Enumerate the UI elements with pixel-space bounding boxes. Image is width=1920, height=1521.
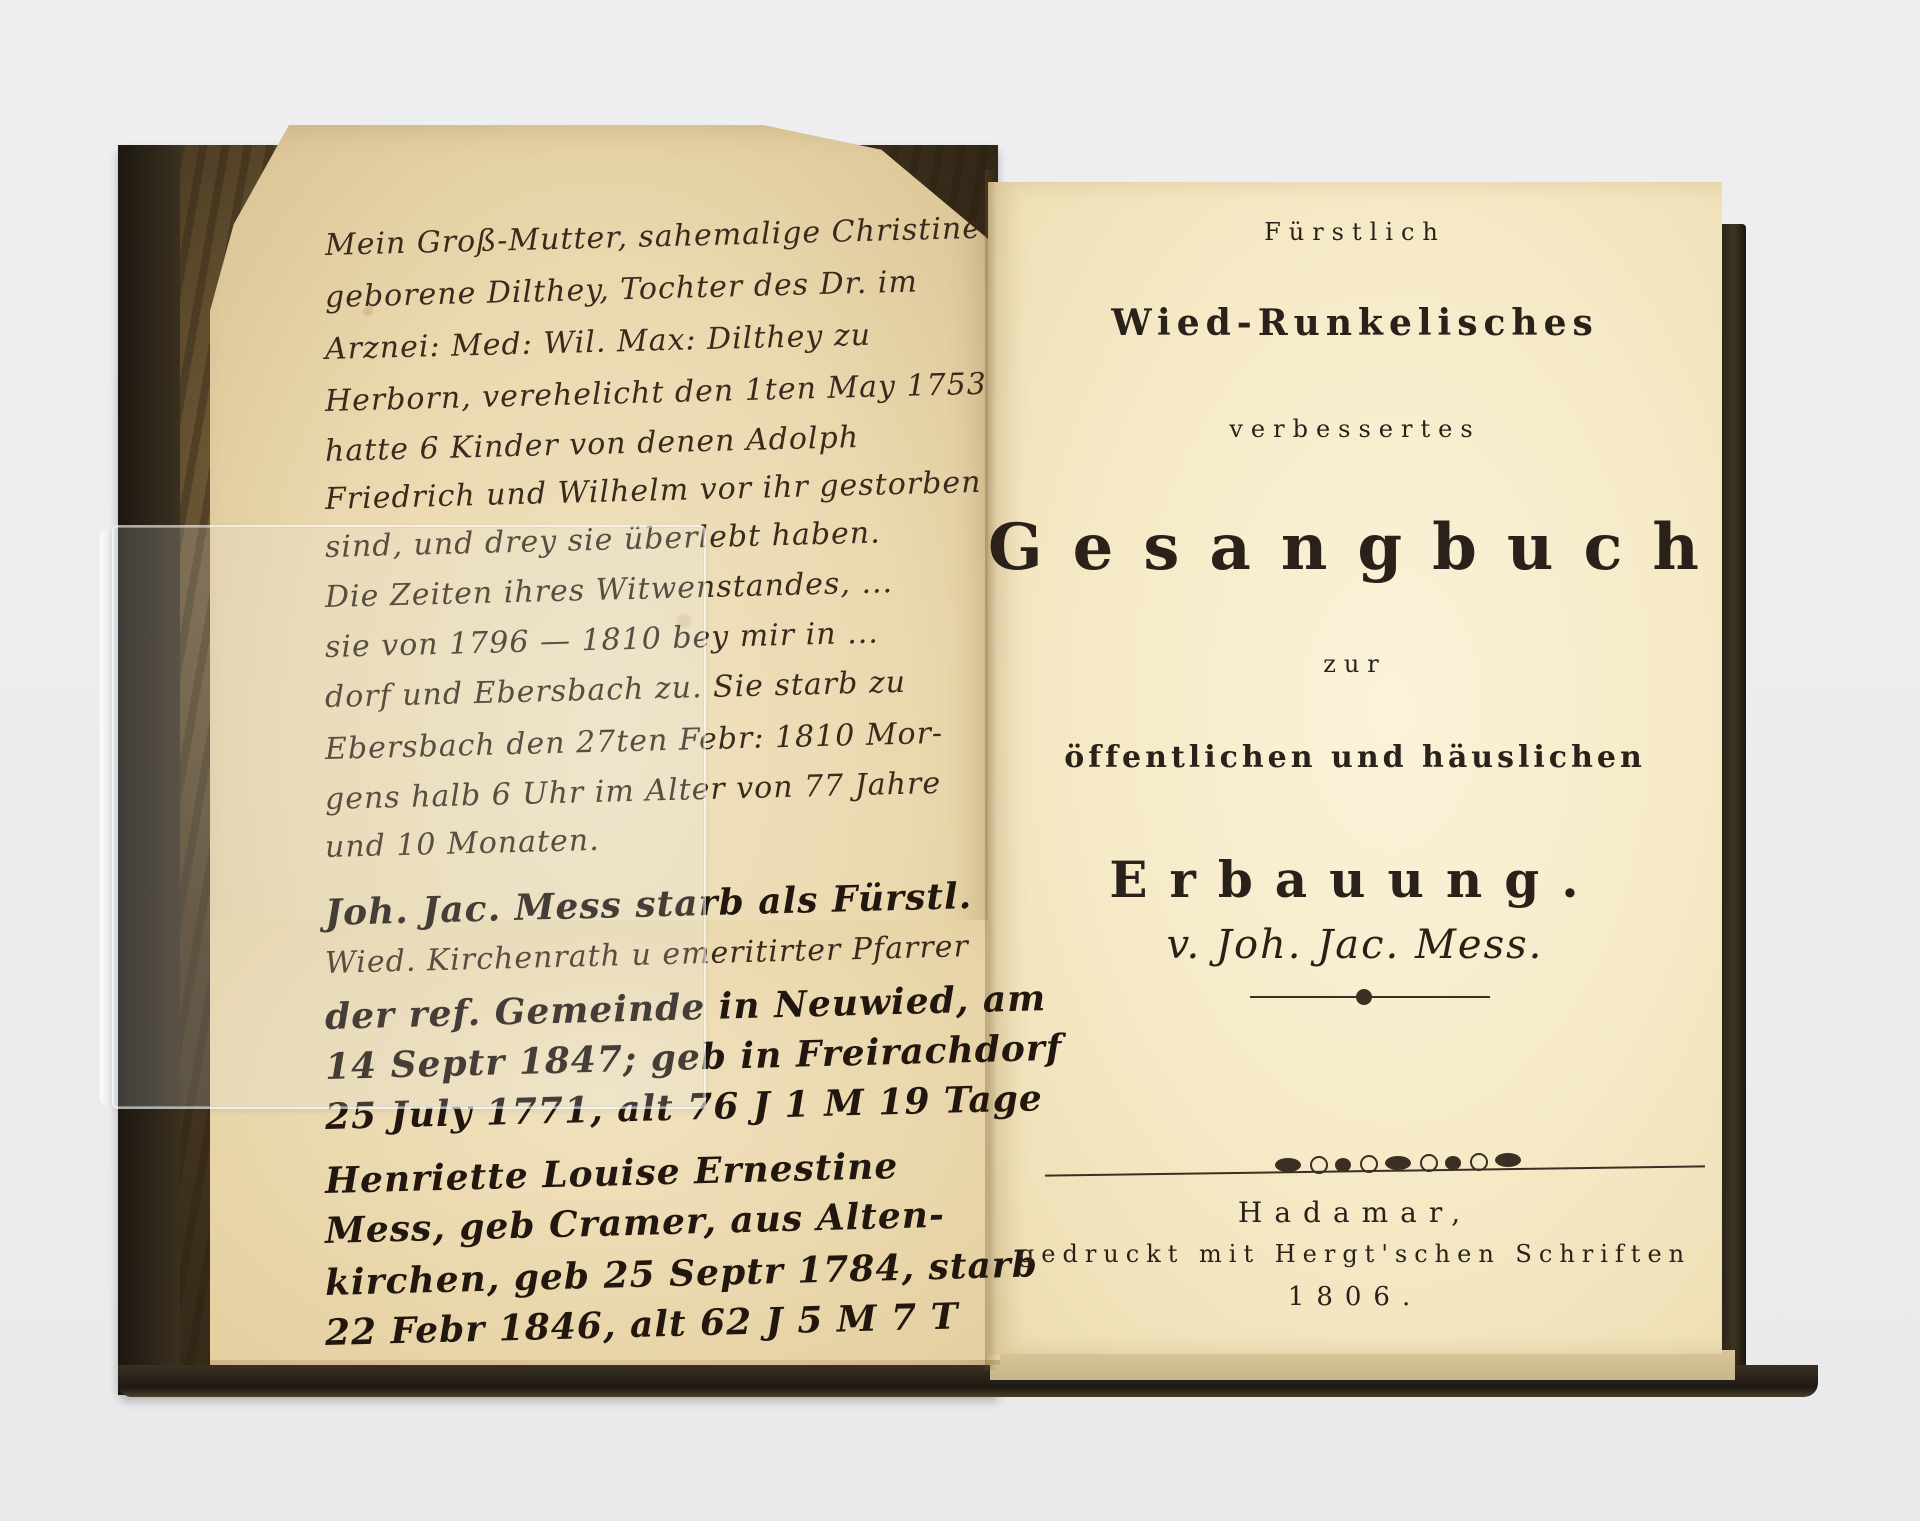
title-line-verbessertes: verbessertes xyxy=(988,415,1722,443)
title-line-zur: zur xyxy=(988,650,1722,678)
page-block-edge xyxy=(990,1350,1735,1380)
imprint-printer: gedruckt mit Hergt'schen Schriften xyxy=(988,1240,1722,1268)
title-line-wied-runkelisches: Wied-Runkelisches xyxy=(988,302,1722,344)
imprint-place: Hadamar, xyxy=(988,1196,1722,1229)
book-cover-right-edge xyxy=(1722,224,1746,1394)
acrylic-book-stand xyxy=(112,525,706,1109)
title-line-fuerstlich: Fürstlich xyxy=(988,218,1722,246)
handwritten-signature: v. Joh. Jac. Mess. xyxy=(988,922,1722,968)
title-line-oeffentlichen: öffentlichen und häuslichen xyxy=(988,740,1722,775)
imprint-year: 1806. xyxy=(988,1282,1722,1312)
title-gesangbuch: Gesangbuch xyxy=(988,510,1722,585)
title-erbauung: Erbauung. xyxy=(988,850,1722,909)
